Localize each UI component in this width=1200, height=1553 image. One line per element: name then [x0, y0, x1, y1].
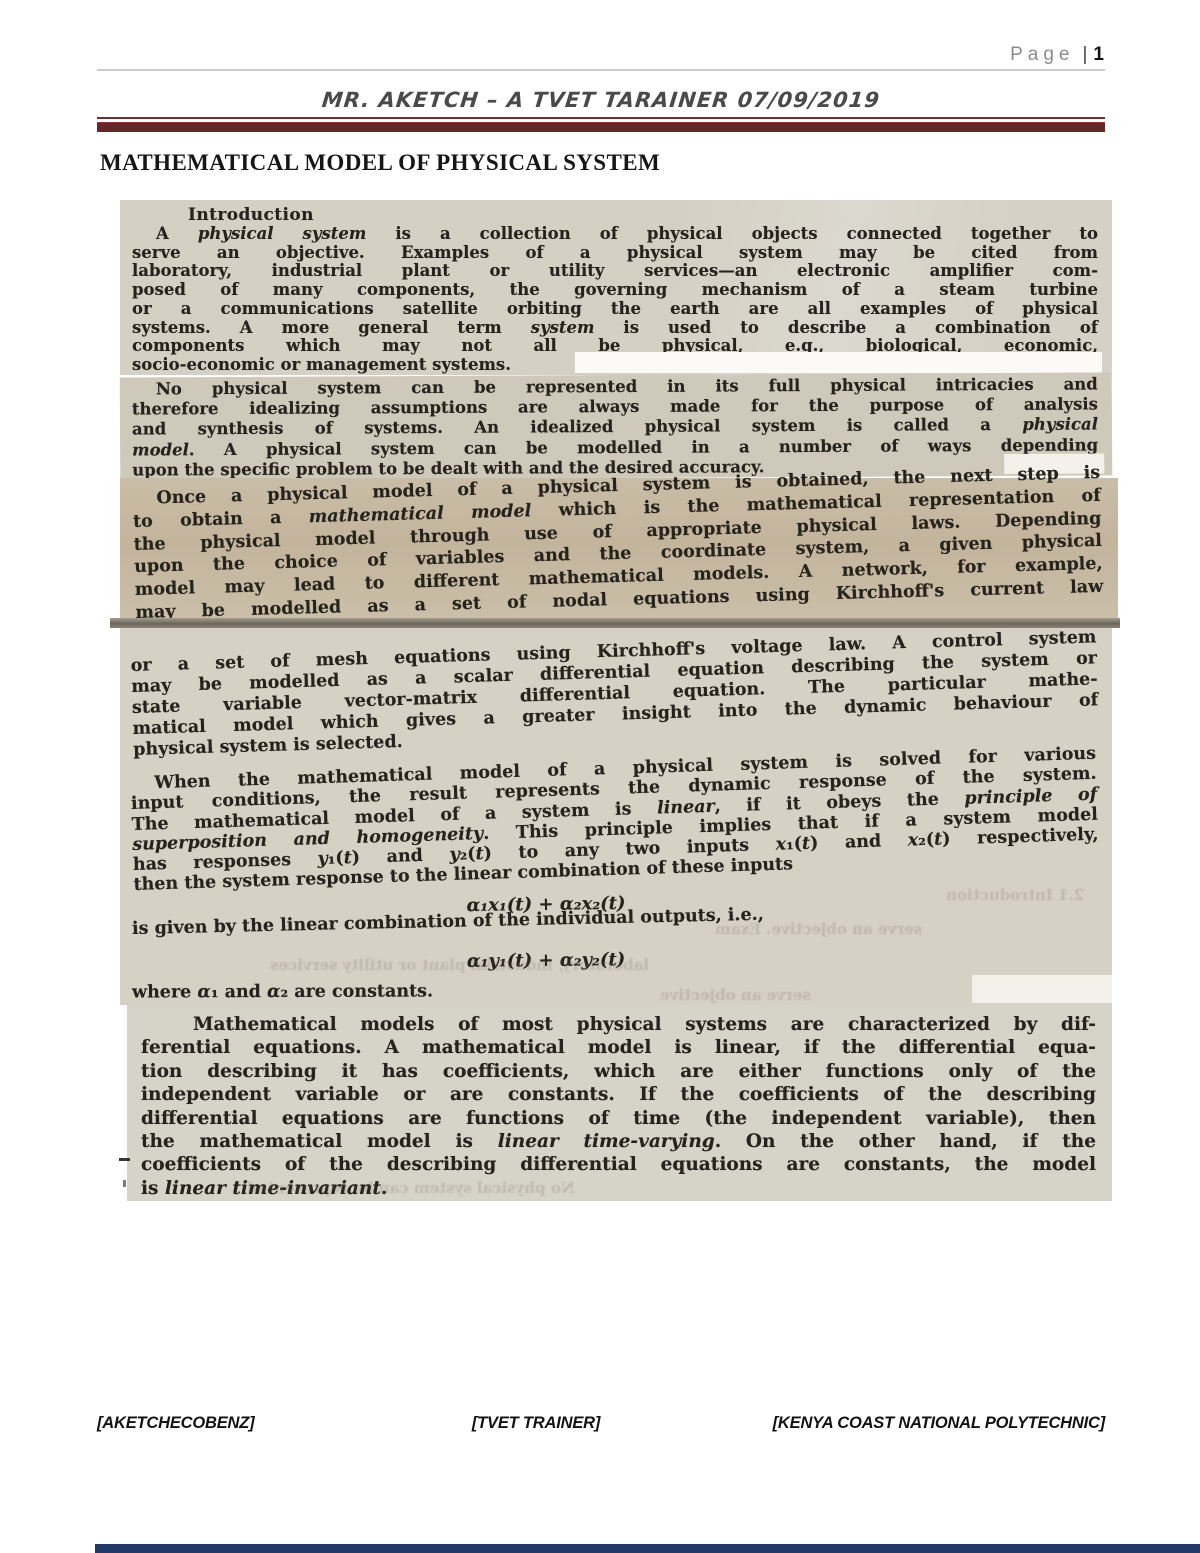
bleed-through-text: serve an objective [660, 986, 811, 1004]
footer-institution: [KENYA COAST NATIONAL POLYTECHNIC] [730, 1414, 1105, 1433]
page-number-label: Page [1010, 44, 1074, 65]
page-number-separator: | [1082, 44, 1087, 65]
text-line: tion describing it has coefficients, whi… [141, 1060, 1096, 1083]
page-number: Page|1 [97, 44, 1105, 66]
footer-role: [TVET TRAINER] [472, 1414, 730, 1433]
text-line: or a communications satellite orbiting t… [132, 300, 1098, 319]
text-line: posed of many components, the governing … [132, 281, 1098, 300]
text-line: coefficients of the describing different… [141, 1153, 1096, 1176]
paragraph: Mathematical models of most physical sys… [141, 1013, 1096, 1200]
scan-white-patch [972, 975, 1112, 1003]
text-line: the mathematical model is linear time-va… [141, 1130, 1096, 1153]
header-rule [97, 69, 1105, 71]
scan-block-introduction: Introduction A physical system is a coll… [120, 200, 1112, 375]
bleed-through-text: serve an objective. Exam [715, 920, 922, 938]
paragraph: Once a physical model of a physical syst… [132, 462, 1103, 625]
document-page: Page|1 MR. AKETCH – A TVET TARAINER 07/0… [0, 0, 1200, 1553]
footer-accent-bar [95, 1544, 1200, 1553]
scan-dash-artifact [119, 1158, 130, 1161]
header-border-thick [97, 122, 1105, 132]
footer-author: [AKETCHECOBENZ] [97, 1414, 472, 1433]
paragraph: or a set of mesh equations using Kirchho… [130, 627, 1099, 761]
section-heading: Introduction [188, 205, 1098, 225]
scan-block-differential-equations: Mathematical models of most physical sys… [127, 1005, 1112, 1201]
page-footer: [AKETCHECOBENZ] [TVET TRAINER] [KENYA CO… [97, 1414, 1105, 1433]
text-line: independent variable or are constants. I… [141, 1083, 1096, 1106]
scan-edge-shadow [110, 618, 1120, 628]
text-line: serve an objective. Examples of a physic… [132, 244, 1098, 263]
header-border-thin [97, 117, 1105, 119]
page-number-value: 1 [1093, 44, 1105, 65]
paragraph: No physical system can be represented in… [132, 374, 1099, 480]
text-line: Mathematical models of most physical sys… [141, 1013, 1096, 1036]
text-line: differential equations are functions of … [141, 1107, 1096, 1130]
scan-dot-artifact [123, 1180, 126, 1187]
formula-constants-note: where α₁ and α₂ are constants. [132, 981, 433, 1002]
text-line: ferential equations. A mathematical mode… [141, 1036, 1096, 1059]
bleed-through-text: 2.1 Introduction [946, 886, 1084, 904]
page-title: MATHEMATICAL MODEL OF PHYSICAL SYSTEM [100, 150, 660, 176]
document-header-title: MR. AKETCH – A TVET TARAINER 07/09/2019 [96, 88, 1107, 112]
scan-block-mathematical-model: Once a physical model of a physical syst… [120, 478, 1118, 620]
text-line: laboratory, industrial plant or utility … [132, 262, 1098, 281]
paragraph: When the mathematical model of a physica… [130, 744, 1099, 896]
scan-block-idealizing: No physical system can be represented in… [120, 372, 1113, 480]
bleed-through-text: No physical system can be represented [247, 1179, 575, 1197]
bleed-through-text: laboratory, industrial plant or utility … [270, 956, 649, 974]
text-line: A physical system is a collection of phy… [132, 225, 1098, 244]
text-line: systems. A more general term system is u… [132, 319, 1098, 338]
scan-white-patch [575, 352, 1102, 373]
scan-block-linear-system: or a set of mesh equations using Kirchho… [120, 628, 1112, 1005]
